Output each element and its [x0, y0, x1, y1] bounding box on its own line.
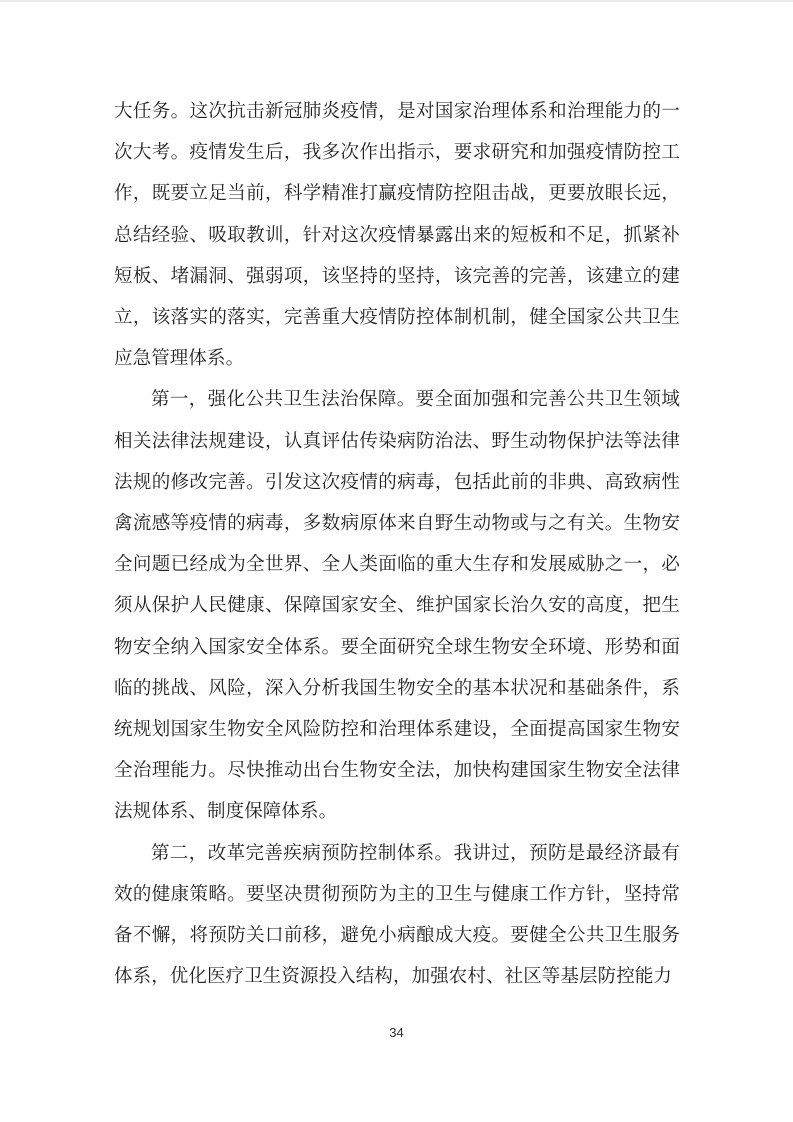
page-top-edge — [0, 0, 793, 2]
page-number: 34 — [0, 1025, 793, 1040]
paragraph-continuation: 大任务。这次抗击新冠肺炎疫情，是对国家治理体系和治理能力的一次大考。疫情发生后，… — [114, 92, 680, 380]
document-body: 大任务。这次抗击新冠肺炎疫情，是对国家治理体系和治理能力的一次大考。疫情发生后，… — [114, 92, 680, 998]
paragraph-second-point: 第二，改革完善疾病预防控制体系。我讲过，预防是最经济最有效的健康策略。要坚决贯彻… — [114, 834, 680, 999]
document-page: 大任务。这次抗击新冠肺炎疫情，是对国家治理体系和治理能力的一次大考。疫情发生后，… — [0, 0, 793, 1122]
paragraph-first-point: 第一，强化公共卫生法治保障。要全面加强和完善公共卫生领域相关法律法规建设，认真评… — [114, 380, 680, 833]
